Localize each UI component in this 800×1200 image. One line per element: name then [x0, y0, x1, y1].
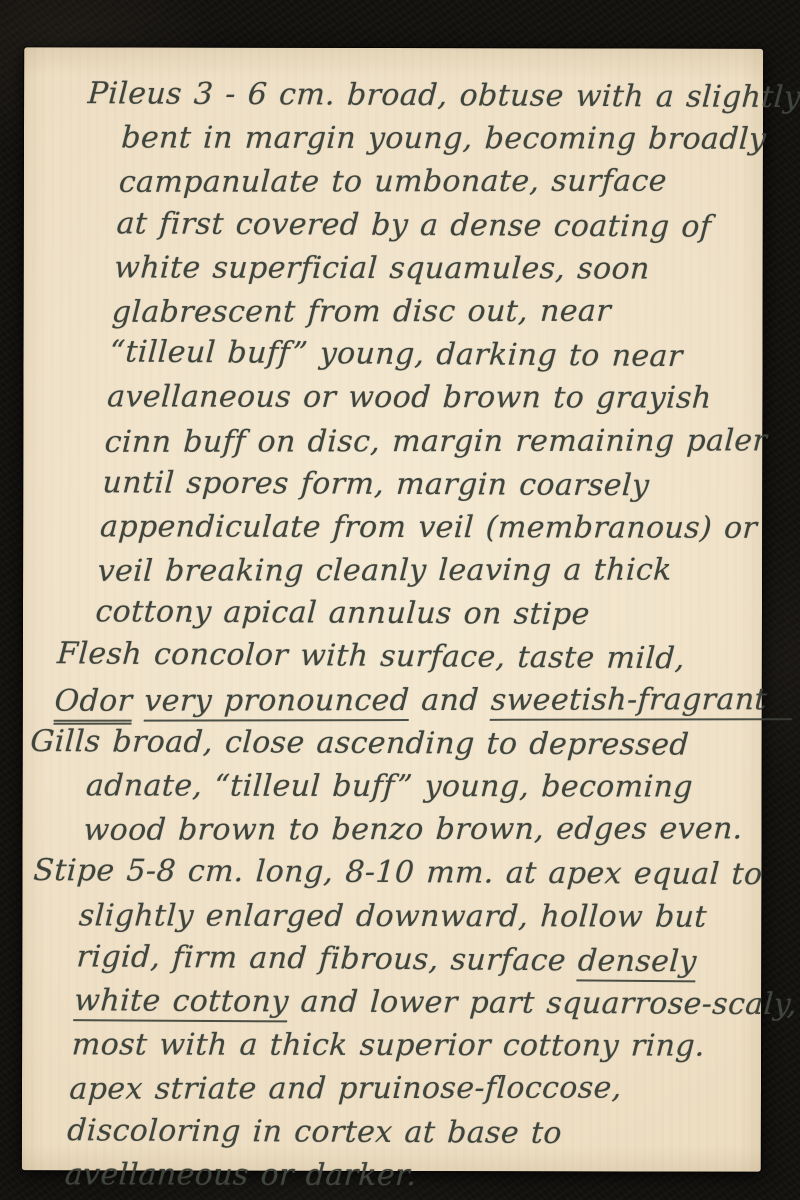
- note-line: most with a thick superior cottony ring.: [71, 1023, 734, 1068]
- note-text: apex striate and pruinose-floccose,: [69, 1071, 623, 1107]
- note-text: and lower part squarrose-scaly,: [288, 984, 798, 1022]
- note-line: Gills broad, close ascending to depresse…: [29, 720, 750, 767]
- note-line: until spores form, margin coarsely: [101, 461, 764, 508]
- note-text: Pileus 3 - 6 cm. broad, obtuse with a sl…: [87, 76, 800, 115]
- note-text: veil breaking cleanly leaving a thick: [97, 553, 673, 589]
- note-text: avellaneous or darker.: [64, 1157, 418, 1193]
- note-line: cinn buff on disc, margin remaining pale…: [104, 419, 767, 464]
- note-text: cinn buff on disc, margin remaining pale…: [104, 423, 768, 459]
- note-line: Stipe 5-8 cm. long, 8-10 mm. at apex equ…: [32, 849, 743, 896]
- note-text: until spores form, margin coarsely: [102, 465, 651, 503]
- note-line: Pileus 3 - 6 cm. broad, obtuse with a sl…: [87, 72, 786, 119]
- note-line: adnate, “tilleul buff” young, becoming: [85, 764, 748, 809]
- note-text: adnate, “tilleul buff” young, becoming: [85, 768, 694, 804]
- note-text: appendiculate from veil (membranous) or: [99, 509, 758, 545]
- note-line: “tilleul buff” young, darking to near: [108, 331, 771, 380]
- note-line: bent in margin young, becoming broadly: [120, 117, 783, 162]
- note-line: Odor very pronounced and sweetish-fragra…: [54, 678, 753, 723]
- note-line: at first covered by a dense coating of: [115, 202, 778, 249]
- note-text: discoloring in cortex at base to: [66, 1113, 563, 1151]
- note-text: Gills broad, close ascending to depresse…: [29, 724, 690, 763]
- handwritten-note: Pileus 3 - 6 cm. broad, obtuse with a sl…: [0, 73, 786, 1171]
- note-line: white superficial squamules, soon: [113, 246, 776, 291]
- underlined-text: white cottony: [73, 983, 290, 1022]
- note-text: most with a thick superior cottony ring.: [71, 1027, 706, 1063]
- note-line: appendiculate from veil (membranous) or: [99, 505, 762, 550]
- note-text: and: [409, 682, 492, 717]
- note-line: avellaneous or darker.: [64, 1153, 727, 1198]
- note-text: “tilleul buff” young, darking to near: [109, 335, 684, 375]
- underlined-text: Odor: [53, 683, 133, 724]
- note-line: campanulate to umbonate, surface: [118, 160, 781, 205]
- note-text: at first covered by a dense coating of: [116, 206, 713, 244]
- underlined-text: densely: [577, 943, 698, 982]
- photo-background: { "colors": { "background": "#14120f", "…: [0, 0, 800, 1200]
- note-text: glabrescent from disc out, near: [111, 294, 612, 330]
- index-card: Pileus 3 - 6 cm. broad, obtuse with a sl…: [22, 47, 763, 1172]
- note-line: glabrescent from disc out, near: [111, 289, 774, 334]
- note-line: apex striate and pruinose-floccose,: [68, 1067, 731, 1112]
- note-line: slightly enlarged downward, hollow but: [78, 894, 741, 939]
- note-line: Flesh concolor with surface, taste mild,: [56, 633, 755, 682]
- note-line: white cottony and lower part squarrose-s…: [73, 979, 736, 1026]
- note-line: veil breaking cleanly leaving a thick: [97, 548, 760, 593]
- note-text: rigid, firm and fibrous, surface: [76, 939, 579, 978]
- note-line: cottony apical annulus on stipe: [94, 590, 757, 637]
- note-text: avellaneous or wood brown to grayish: [106, 380, 712, 416]
- note-line: discoloring in cortex at base to: [66, 1109, 729, 1156]
- note-text: cottony apical annulus on stipe: [95, 594, 591, 632]
- note-text: campanulate to umbonate, surface: [118, 164, 668, 200]
- note-text: Stipe 5-8 cm. long, 8-10 mm. at apex equ…: [32, 853, 763, 892]
- note-text: Flesh concolor with surface, taste mild,: [56, 637, 686, 677]
- note-line: wood brown to benzo brown, edges even.: [83, 807, 746, 852]
- underlined-text: very pronounced: [143, 683, 410, 722]
- underlined-text: sweetish-fragrant: [490, 682, 794, 721]
- note-text: wood brown to benzo brown, edges even.: [83, 811, 744, 847]
- note-text: slightly enlarged downward, hollow but: [78, 898, 708, 934]
- note-text: white superficial squamules, soon: [113, 250, 650, 286]
- note-line: rigid, firm and fibrous, surface densely: [75, 935, 738, 984]
- note-line: avellaneous or wood brown to grayish: [106, 376, 769, 421]
- note-text: bent in margin young, becoming broadly: [120, 121, 767, 157]
